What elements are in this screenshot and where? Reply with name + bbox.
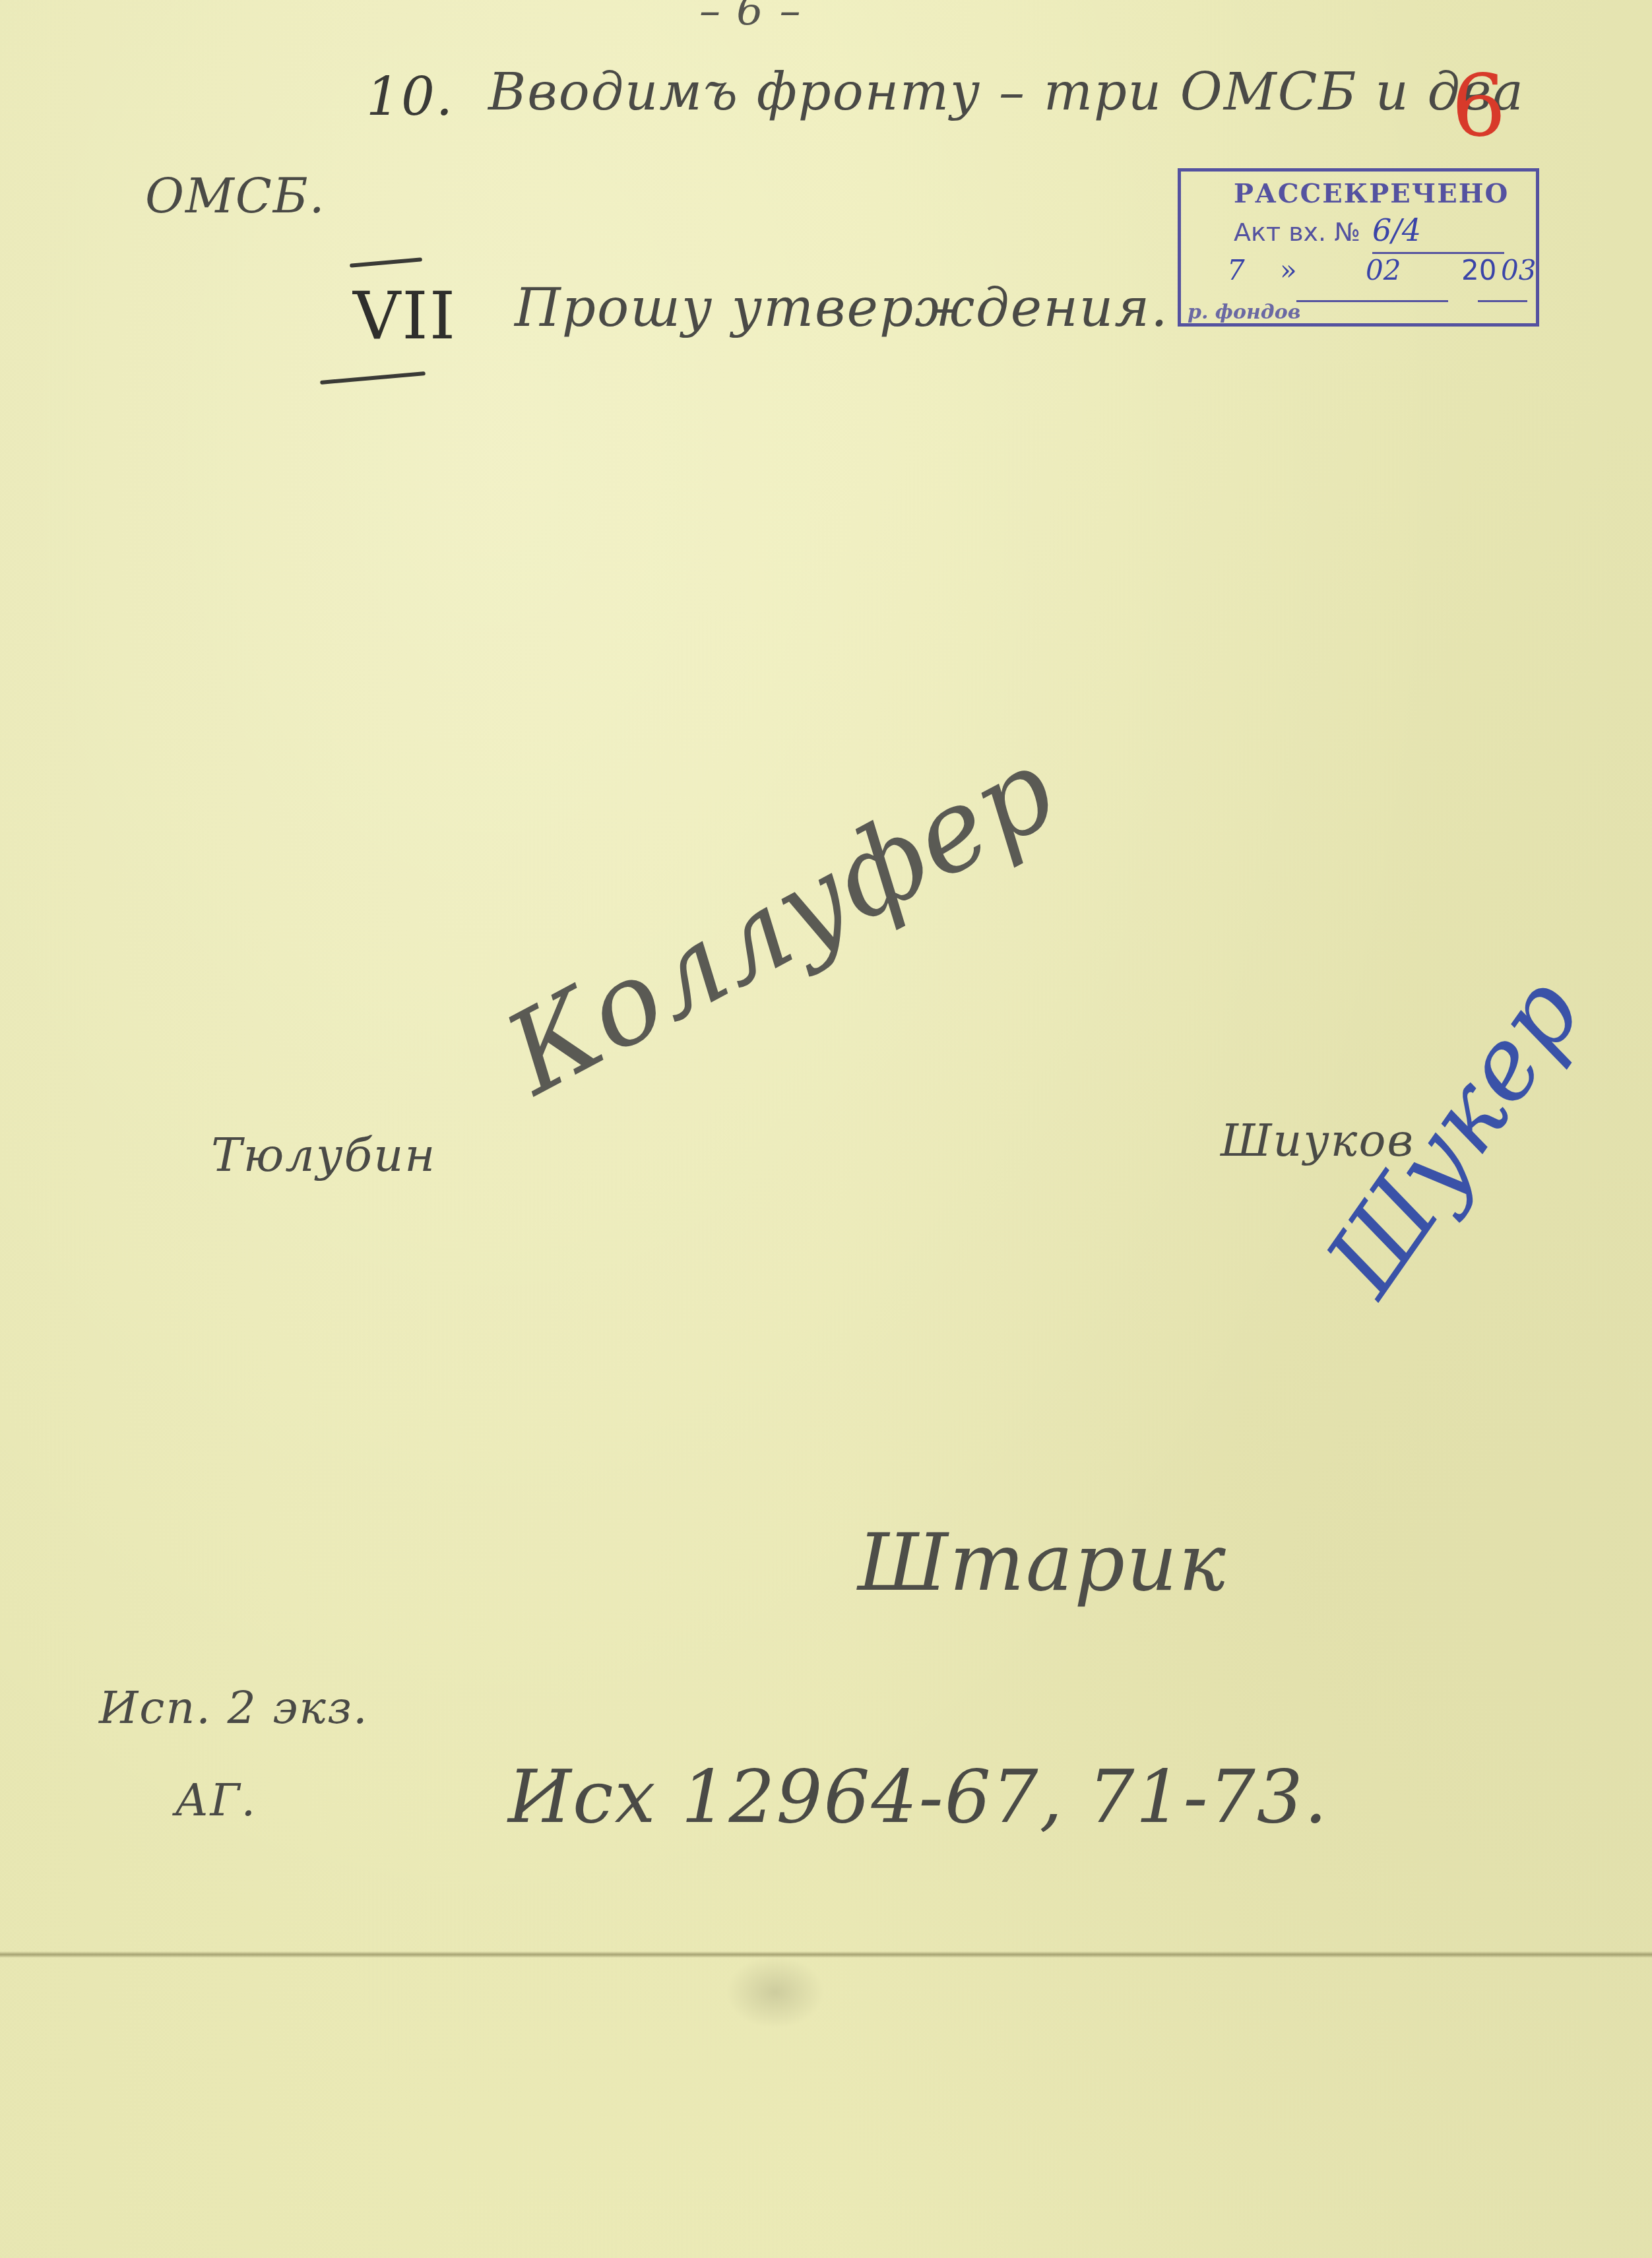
signature-1: Коллуфер bbox=[486, 724, 1076, 1120]
signature-3: Штарик bbox=[858, 1517, 1227, 1609]
stamp-act-label: Акт вх. № bbox=[1234, 218, 1360, 247]
declassified-stamp: РАССЕКРЕЧЕНО Акт вх. № 6/4 7 » 02 20 03 … bbox=[1178, 168, 1539, 327]
stamp-month: 02 bbox=[1366, 254, 1401, 286]
section-numeral: VII bbox=[353, 277, 457, 354]
numeral-underline bbox=[320, 371, 426, 385]
stamp-day: 7 bbox=[1227, 254, 1245, 286]
paper-stain bbox=[726, 1956, 825, 2028]
stamp-fund-label: р. фондов bbox=[1188, 301, 1300, 324]
stamp-line bbox=[1346, 323, 1527, 325]
initials-note: АГ. bbox=[175, 1774, 257, 1827]
item-10-text: Вводимъ фронту – три ОМСБ и два bbox=[488, 63, 1525, 122]
stamp-title: РАССЕКРЕЧЕНО bbox=[1234, 178, 1509, 209]
paper-fold bbox=[0, 1951, 1652, 1958]
item-10-number: 10. bbox=[366, 66, 454, 127]
page-number: – 6 – bbox=[699, 0, 802, 36]
stamp-line bbox=[1478, 300, 1527, 302]
section-vii-text: Прошу утверждения. bbox=[515, 277, 1169, 338]
stamp-year-suffix: 03 bbox=[1501, 254, 1536, 286]
numeral-overline bbox=[350, 257, 422, 268]
stamp-year-prefix: 20 bbox=[1461, 254, 1496, 286]
registration-number: Исх 12964-67, 71-73. bbox=[508, 1755, 1329, 1839]
red-page-mark: 6 bbox=[1451, 63, 1508, 148]
stamp-line bbox=[1296, 300, 1448, 302]
item-10-continuation: ОМСБ. bbox=[145, 168, 326, 224]
stamp-quote: » bbox=[1280, 254, 1297, 286]
signatory-name-1: Тюлубин bbox=[211, 1128, 436, 1182]
copies-note: Исп. 2 экз. bbox=[99, 1682, 369, 1734]
stamp-act-number: 6/4 bbox=[1372, 212, 1421, 248]
